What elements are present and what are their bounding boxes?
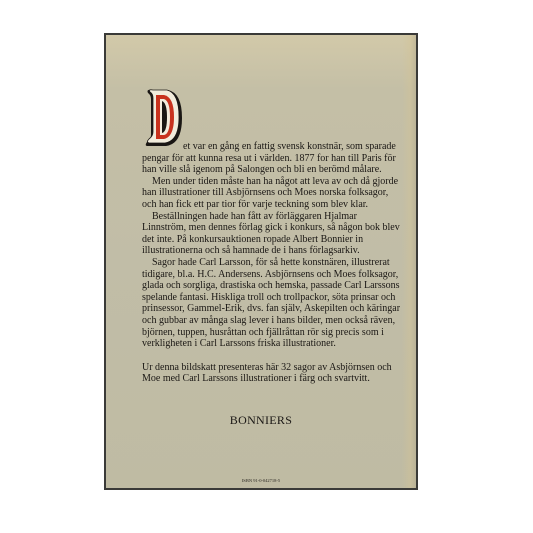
blurb-paragraph-rest: pengar för att kunna resa ut i världen. … — [142, 153, 402, 176]
blurb-paragraph: et var en gång en fattig svensk konstnär… — [142, 141, 402, 176]
blurb-paragraph: Beställningen hade han fått av förläggar… — [142, 211, 402, 257]
blurb-paragraph: Sagor hade Carl Larsson, för så hette ko… — [142, 257, 402, 350]
publisher-name: BONNIERS — [106, 413, 416, 428]
cover-blurb: et var en gång en fattig svensk konstnär… — [142, 141, 402, 385]
blurb-closing: Ur denna bildskatt presenteras här 32 sa… — [142, 362, 402, 385]
blurb-paragraph: Men under tiden måste han ha något att l… — [142, 176, 402, 211]
blurb-lead-line: et var en gång en fattig svensk konstnär… — [183, 141, 396, 152]
decorative-drop-cap-d — [142, 87, 186, 149]
book-back-cover: et var en gång en fattig svensk konstnär… — [104, 33, 418, 490]
isbn-number: ISBN 91-0-042718-5 — [106, 478, 416, 483]
